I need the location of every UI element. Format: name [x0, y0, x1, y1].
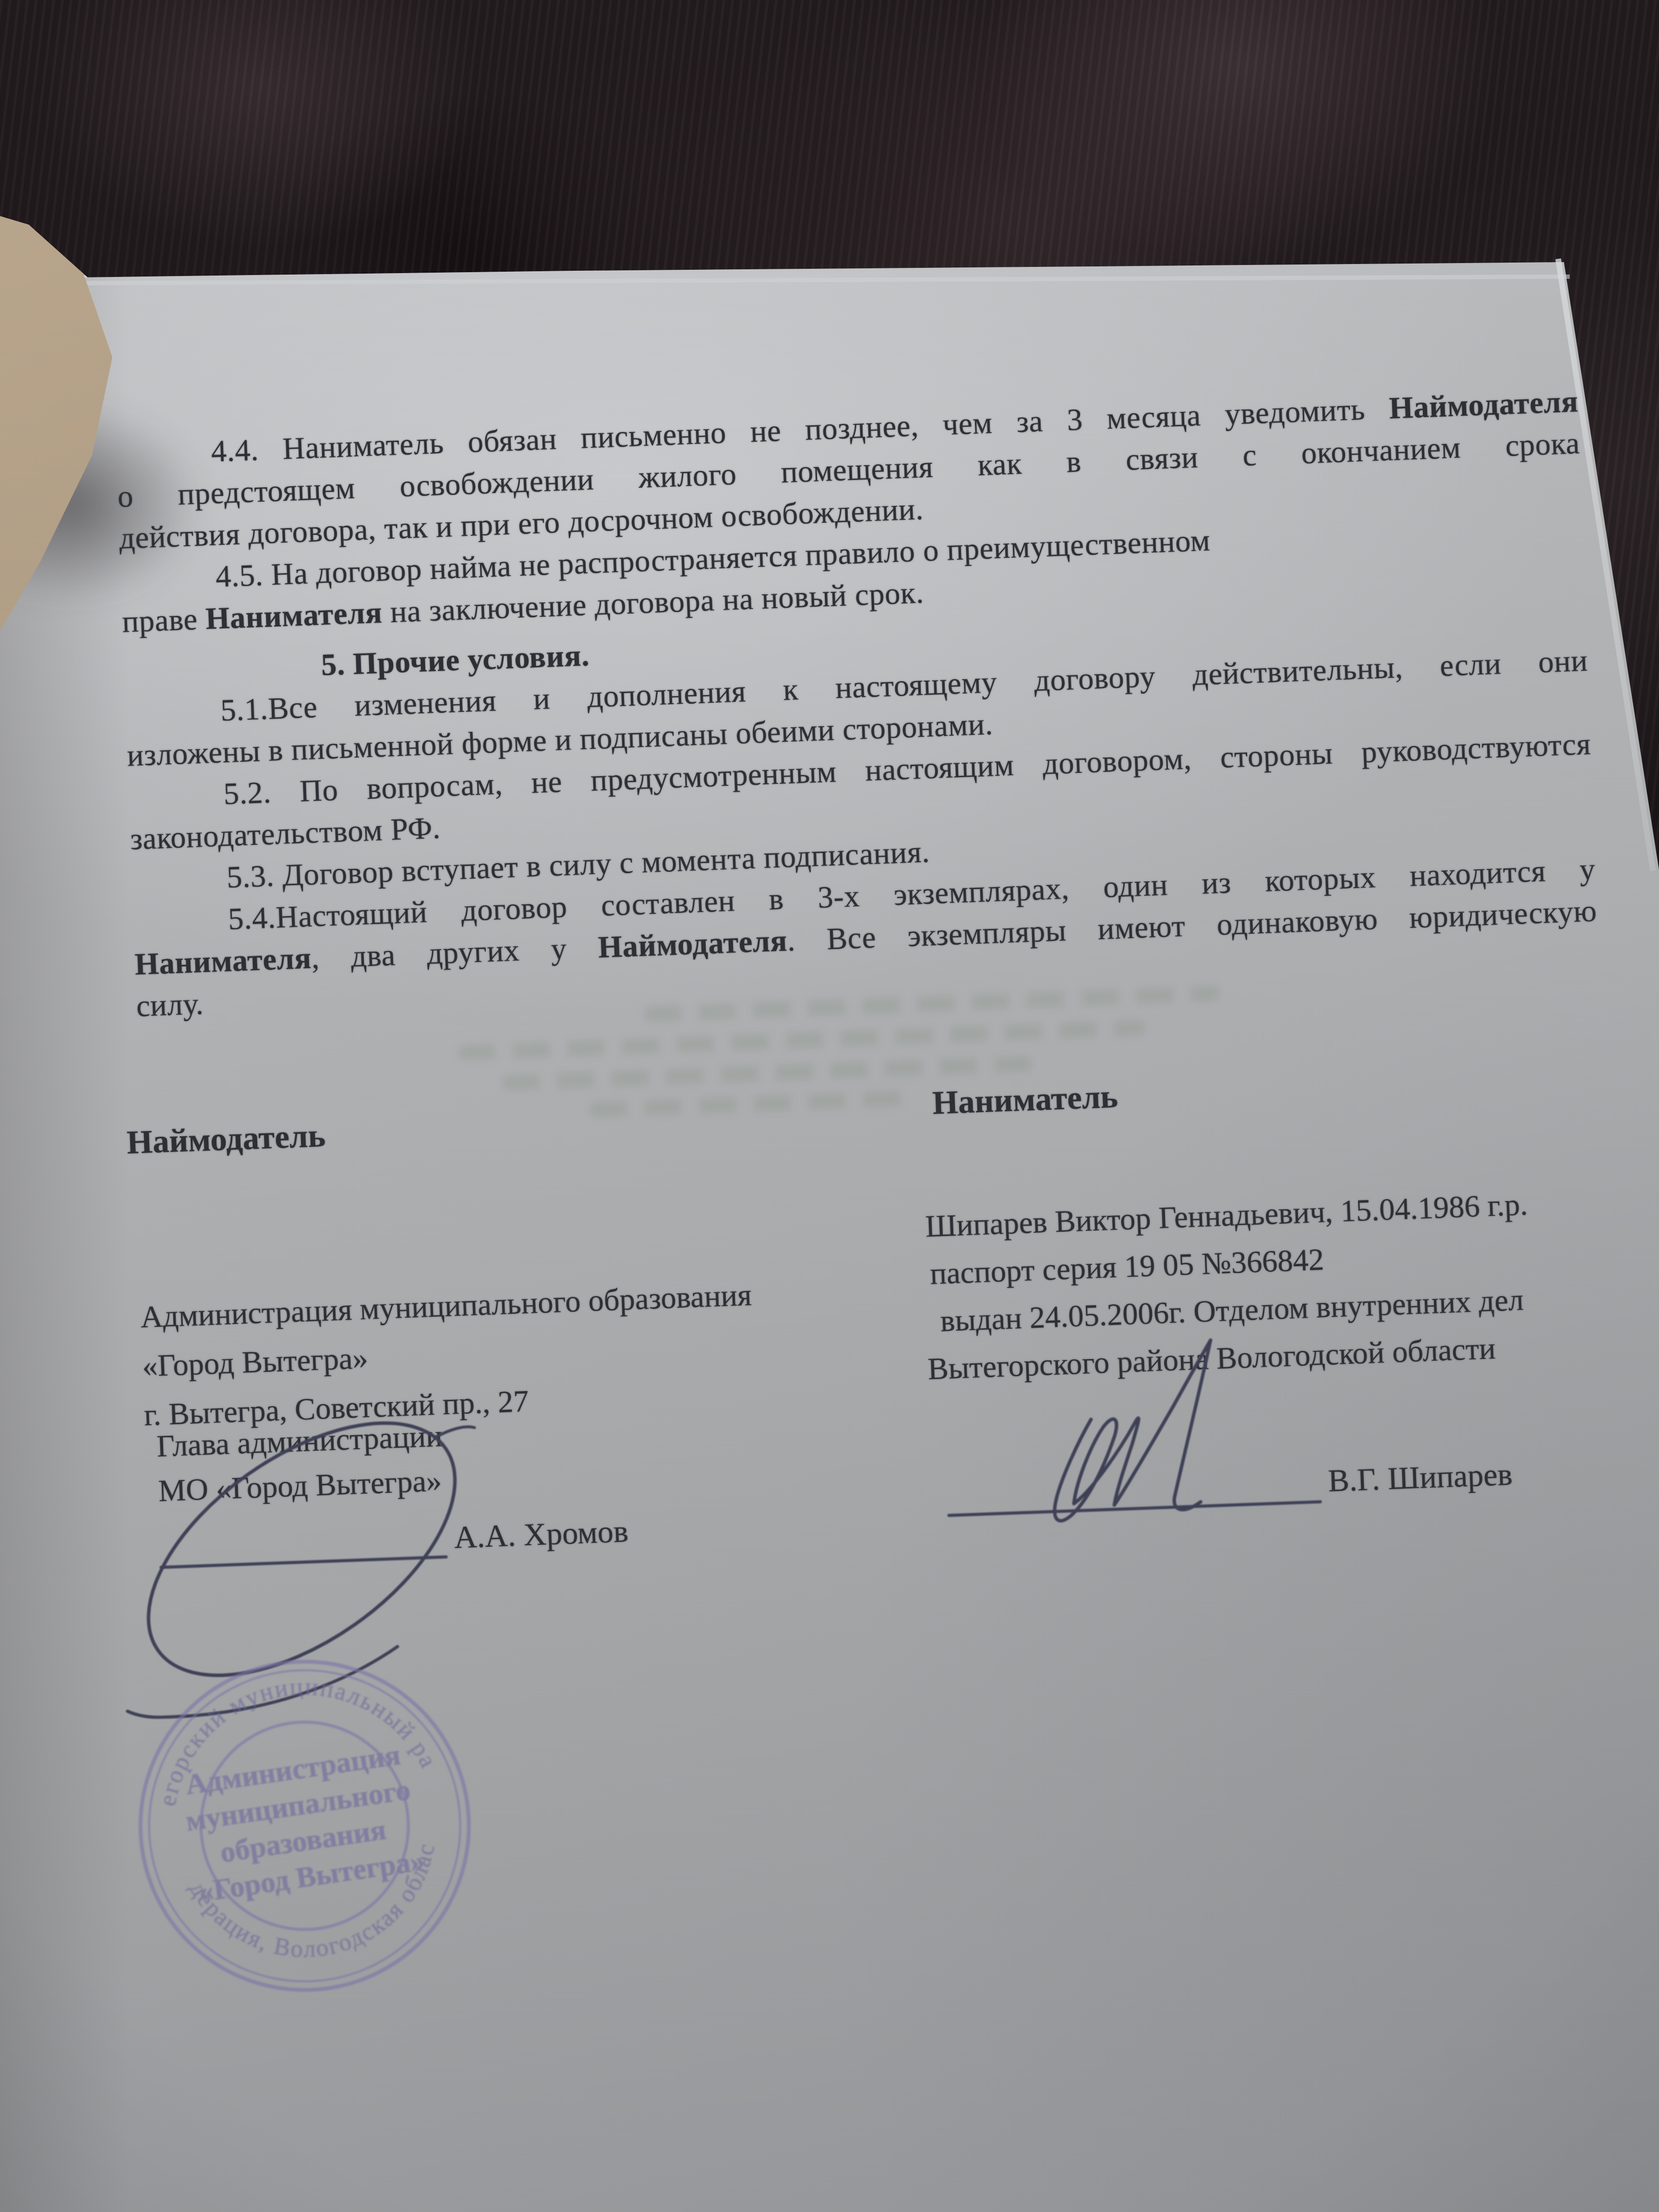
tenant-signature-line	[949, 1502, 1320, 1515]
landlord-signature-line	[161, 1557, 446, 1567]
tenant-line-2: паспорт серия 19 05 №366842	[929, 1242, 1324, 1293]
bleed-through-line	[589, 1090, 918, 1118]
bleed-through-line	[457, 1020, 1146, 1061]
photo-of-contract-page: 4.4. Наниматель обязан письменно не позд…	[0, 0, 1659, 2212]
page-content: 4.4. Наниматель обязан письменно не позд…	[0, 0, 1659, 2212]
tenant-signature	[898, 1318, 1511, 1570]
official-round-stamp: егорский муниципальный район * дерация, …	[83, 1604, 526, 2047]
signature-flick	[434, 1427, 475, 1438]
contract-body: 4.4. Наниматель обязан письменно не позд…	[115, 381, 1599, 1028]
stamp-arc-star: *	[74, 1638, 90, 1666]
tenant-line-1: Шипарев Виктор Геннадьевич, 15.04.1986 г…	[925, 1187, 1528, 1245]
tenant-signature-squiggle	[1048, 1340, 1217, 1521]
landlord-org-line-1: Администрация муниципального образования	[140, 1278, 752, 1336]
tenant-heading: Наниматель	[932, 1078, 1118, 1122]
landlord-heading: Наймодатель	[126, 1118, 326, 1162]
